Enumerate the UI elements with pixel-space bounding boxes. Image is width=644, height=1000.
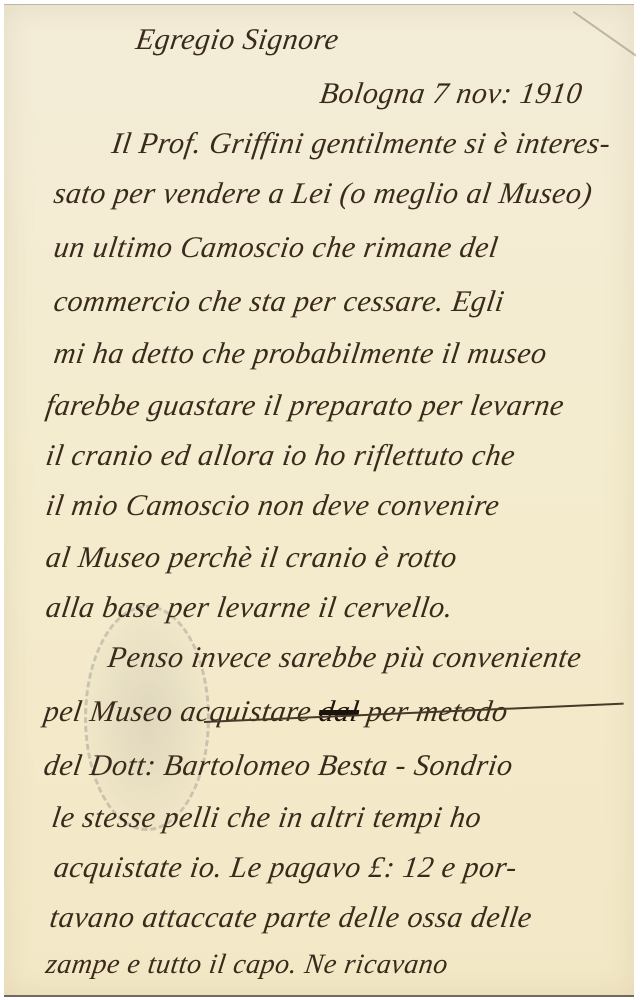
letter-line: pel Museo acquistare [42,695,314,728]
struck-word: dal [317,695,361,728]
letter-line: farebbe guastare il preparato per levarn… [44,389,567,423]
letter-line: Il Prof. Griffini gentilmente si è inter… [110,127,613,161]
letter-line: sato per vendere a Lei (o meglio al Muse… [52,177,595,211]
letter-line: zampe e tutto il capo. Ne ricavano [44,949,450,981]
letter-line: mi ha detto che probabilmente il museo [52,337,550,371]
letter-line: Penso invece sarebbe più conveniente [106,641,584,675]
letter-line: tavano attaccate parte delle ossa delle [48,901,535,935]
letter-paper: Egregio Signore Bologna 7 nov: 1910 Il P… [4,4,634,997]
paper-crease [573,11,640,59]
salutation: Egregio Signore [134,23,342,57]
letter-line: acquistate io. Le pagavo £: 12 e por- [52,851,520,885]
letter-line: il cranio ed allora io ho riflettuto che [44,439,518,473]
letter-line: il mio Camoscio non deve convenire [44,489,502,523]
letter-line: al Museo perchè il cranio è rotto [44,541,460,575]
letter-line: del Dott: Bartolomeo Besta - Sondrio [42,749,516,783]
scan-edge [636,0,644,1000]
letter-line: le stesse pelli che in altri tempi ho [50,801,484,835]
letter-line: alla base per levarne il cervello. [44,591,456,625]
dateline: Bologna 7 nov: 1910 [318,77,585,111]
letter-line: un ultimo Camoscio che rimane del [52,231,501,265]
letter-line: commercio che sta per cessare. Egli [52,285,507,319]
